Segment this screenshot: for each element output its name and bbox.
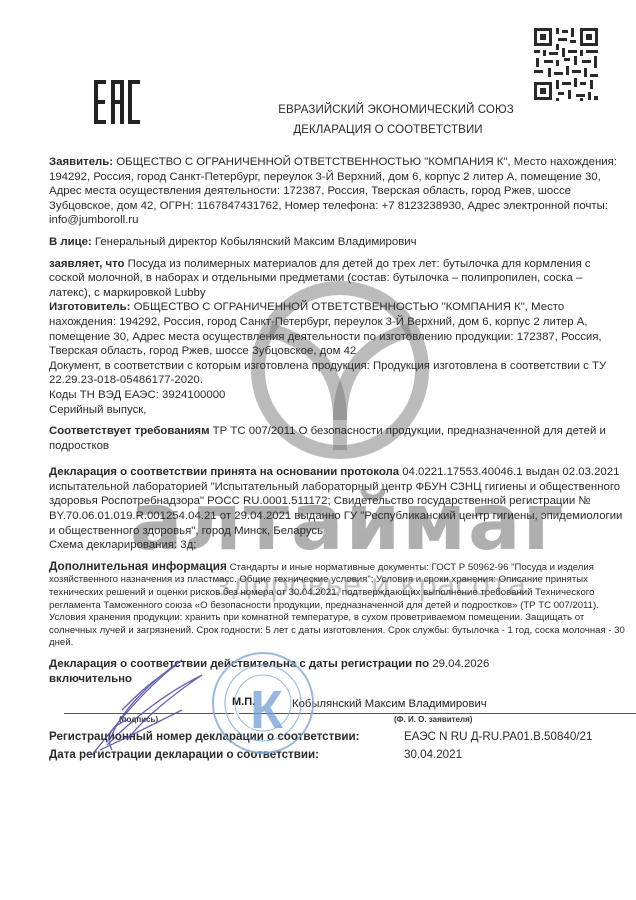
basis-section: Декларация о соответствии принята на осн…	[49, 465, 627, 538]
company-stamp-icon: К	[210, 650, 316, 756]
name-caption: (Ф. И. О. заявителя)	[394, 715, 472, 724]
manufacturer-section: Изготовитель: ОБЩЕСТВО С ОГРАНИЧЕННОЙ ОТ…	[49, 300, 627, 358]
declaration-scheme: Схема декларирования: 3д;	[49, 538, 627, 553]
document-title: ДЕКЛАРАЦИЯ О СООТВЕТСТВИИ	[70, 124, 636, 136]
represented-by-section: В лице: Генеральный директор Кобылянский…	[49, 235, 627, 250]
applicant-section: Заявитель: ОБЩЕСТВО С ОГРАНИЧЕННОЙ ОТВЕТ…	[49, 155, 627, 228]
declaration-body: Заявитель: ОБЩЕСТВО С ОГРАНИЧЕННОЙ ОТВЕТ…	[49, 155, 627, 686]
registration-date-value: 30.04.2021	[404, 748, 462, 761]
complies-section: Соответствует требованиям ТР ТС 007/2011…	[49, 424, 627, 453]
serial-release: Серийный выпуск,	[49, 403, 627, 418]
declares-section: заявляет, что Посуда из полимерных матер…	[49, 257, 627, 301]
eac-logo-icon	[94, 80, 140, 124]
union-title: ЕВРАЗИЙСКИЙ ЭКОНОМИЧЕСКИЙ СОЮЗ	[78, 104, 636, 116]
signer-name: Кобылянский Максим Владимирович	[292, 698, 487, 710]
manufacturer-document: Документ, в соответствии с которым изгот…	[49, 359, 627, 388]
qr-code-icon	[530, 20, 602, 112]
signature-icon	[82, 650, 222, 760]
registration-number-value: ЕАЭС N RU Д-RU.PA01.B.50840/21	[404, 730, 592, 743]
additional-info-section: Дополнительная информация Стандарты и ин…	[49, 560, 627, 650]
hs-codes: Коды ТН ВЭД ЕАЭС: 3924100000	[49, 388, 627, 403]
svg-text:К: К	[250, 680, 284, 740]
declaration-page: ЕВРАЗИЙСКИЙ ЭКОНОМИЧЕСКИЙ СОЮЗ ДЕКЛАРАЦИ…	[0, 0, 636, 900]
